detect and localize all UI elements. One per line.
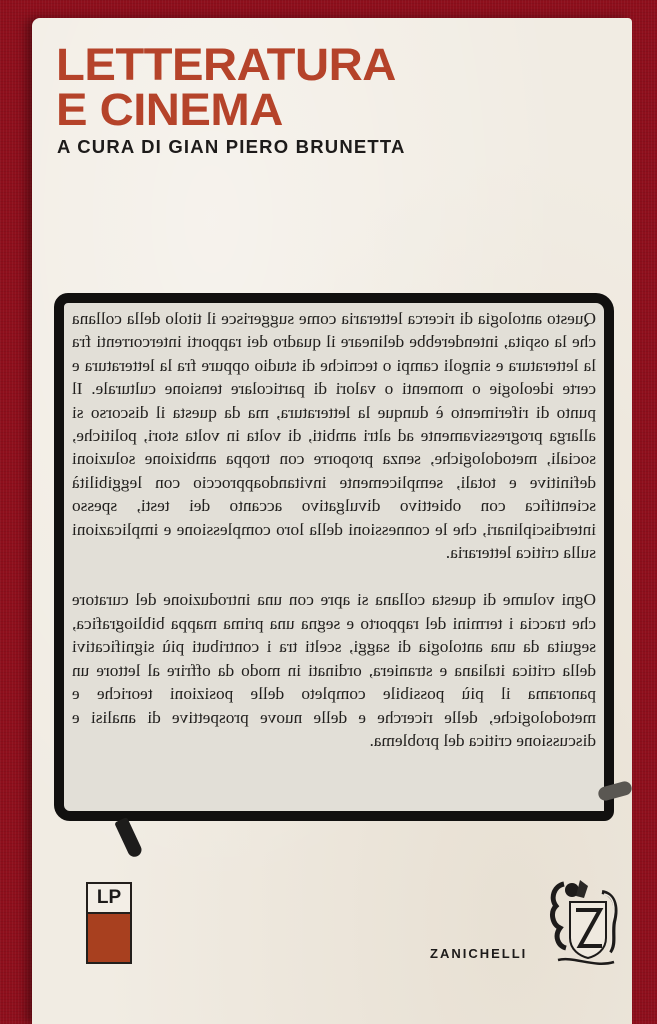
publisher-name: ZANICHELLI: [430, 946, 527, 961]
zanichelli-crest-icon: [544, 876, 624, 978]
type-paragraph-1: Questo antologia di ricerca letteraria c…: [72, 307, 596, 564]
book-title: LETTERATURA E CINEMA: [56, 42, 396, 132]
editor-credit: A CURA DI GIAN PIERO BRUNETTA: [57, 136, 406, 158]
type-paragraph-2: Ogni volume di questa collana si apre co…: [72, 588, 596, 752]
series-badge: LP: [86, 882, 132, 964]
lead-type-photograph: Questo antologia di ricerca letteraria c…: [54, 293, 614, 821]
title-line-1: LETTERATURA: [56, 39, 396, 90]
binding-cord-left: [114, 817, 144, 859]
title-line-2: E CINEMA: [56, 84, 283, 135]
book-cover: LETTERATURA E CINEMA A CURA DI GIAN PIER…: [32, 18, 632, 1024]
series-label: LP: [88, 884, 130, 914]
mirrored-type-text: Questo antologia di ricerca letteraria c…: [64, 303, 604, 756]
